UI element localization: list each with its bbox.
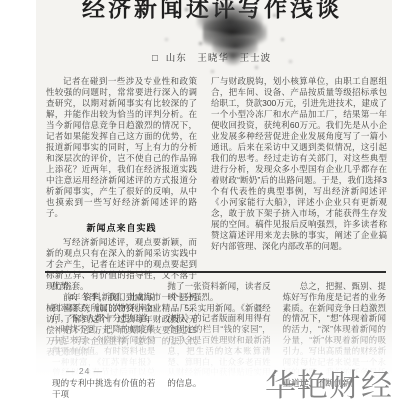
horizontal-divider: [45, 271, 386, 273]
paragraph: 记者在碰到一些涉及专业性和政策性较强的问题时，常常要进行深入的调查研究，以期对新…: [46, 76, 197, 219]
paragraph: 优势。: [52, 281, 155, 292]
lower-column-1: 优势。 4．资料新闻。比如说利率降了，前几次的利率如何，不少人都十分想知道，一时…: [52, 281, 155, 400]
lower-column-2: 抛了一张资料新闻，读者反映十分强烈。 5．实用新闻。《新疆经济报》的记者版面利用…: [167, 281, 270, 400]
paragraph: 抛了一张资料新闻，读者反映十分强烈。: [167, 281, 270, 303]
byline-region: 山东: [166, 53, 187, 64]
paragraph: 4．资料新闻。比如说利率降了，前几次的利率如何，不少人都十分想知道，一时找不到，…: [52, 292, 155, 400]
byline-marker: □: [152, 53, 159, 64]
section-subhead: 新闻点来自实践: [46, 223, 197, 234]
ink-smudge-blob: [222, 52, 244, 66]
ink-speckles: [185, 8, 188, 11]
watermark-text: 华艳财经: [265, 360, 393, 400]
paragraph: 厂与财政脱钩，划小核算单位，由职工自愿组合，把车间、设备、产品按质量等级招标承包…: [211, 76, 387, 252]
paragraph: 5．实用新闻。《新疆经济报》的记者版面利用得有个固定的栏目“钱的家园”，几乎全是…: [167, 303, 270, 389]
page-number: — 24 —: [66, 366, 103, 376]
